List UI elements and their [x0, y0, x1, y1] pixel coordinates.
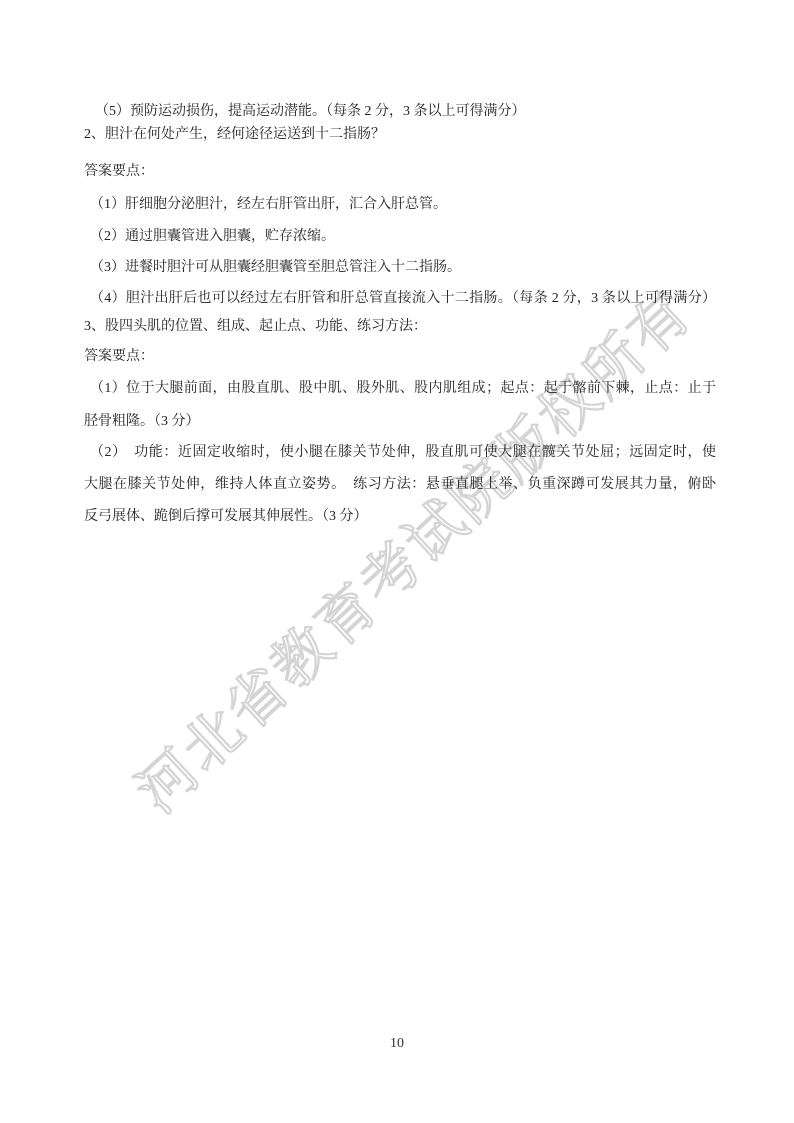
text-line: （4）胆汁出肝后也可以经过左右肝管和肝总管直接流入十二指肠。（每条 2 分，3 …	[84, 289, 716, 308]
text-line: （1）肝细胞分泌胆汁，经左右肝管出肝，汇合入肝总管。	[84, 195, 716, 214]
text-line: 胫骨粗隆。（3 分）	[84, 412, 716, 431]
document-page: 河北省教育考试院版权所有 （5）预防运动损伤，提高运动潜能。（每条 2 分，3 …	[0, 0, 794, 1123]
text-line: （1）位于大腿前面，由股直肌、股中肌、股外肌、股内肌组成；起点：起于髂前下棘，止…	[84, 379, 716, 398]
text-line: 2、胆汁在何处产生，经何途径运送到十二指肠？	[84, 125, 716, 144]
text-line: （2） 功能：近固定收缩时，使小腿在膝关节处伸，股直肌可使大腿在髋关节处屈；远固…	[84, 443, 716, 462]
text-line: （3）进餐时胆汁可从胆囊经胆囊管至胆总管注入十二指肠。	[84, 258, 716, 277]
text-line: 答案要点：	[84, 162, 716, 181]
text-line: 大腿在膝关节处伸，维持人体直立姿势。 练习方法：悬垂直腿上举、负重深蹲可发展其力…	[84, 475, 716, 494]
text-line: 答案要点：	[84, 347, 716, 366]
document-body: （5）预防运动损伤，提高运动潜能。（每条 2 分，3 条以上可得满分）2、胆汁在…	[84, 0, 716, 1123]
page-number: 10	[0, 1036, 794, 1052]
text-line: （2）通过胆囊管进入胆囊，贮存浓缩。	[84, 227, 716, 246]
text-line: （5）预防运动损伤，提高运动潜能。（每条 2 分，3 条以上可得满分）	[84, 102, 716, 121]
text-line: 3、股四头肌的位置、组成、起止点、功能、练习方法：	[84, 317, 716, 336]
text-line: 反弓展体、跪倒后撑可发展其伸展性。（3 分）	[84, 507, 716, 526]
